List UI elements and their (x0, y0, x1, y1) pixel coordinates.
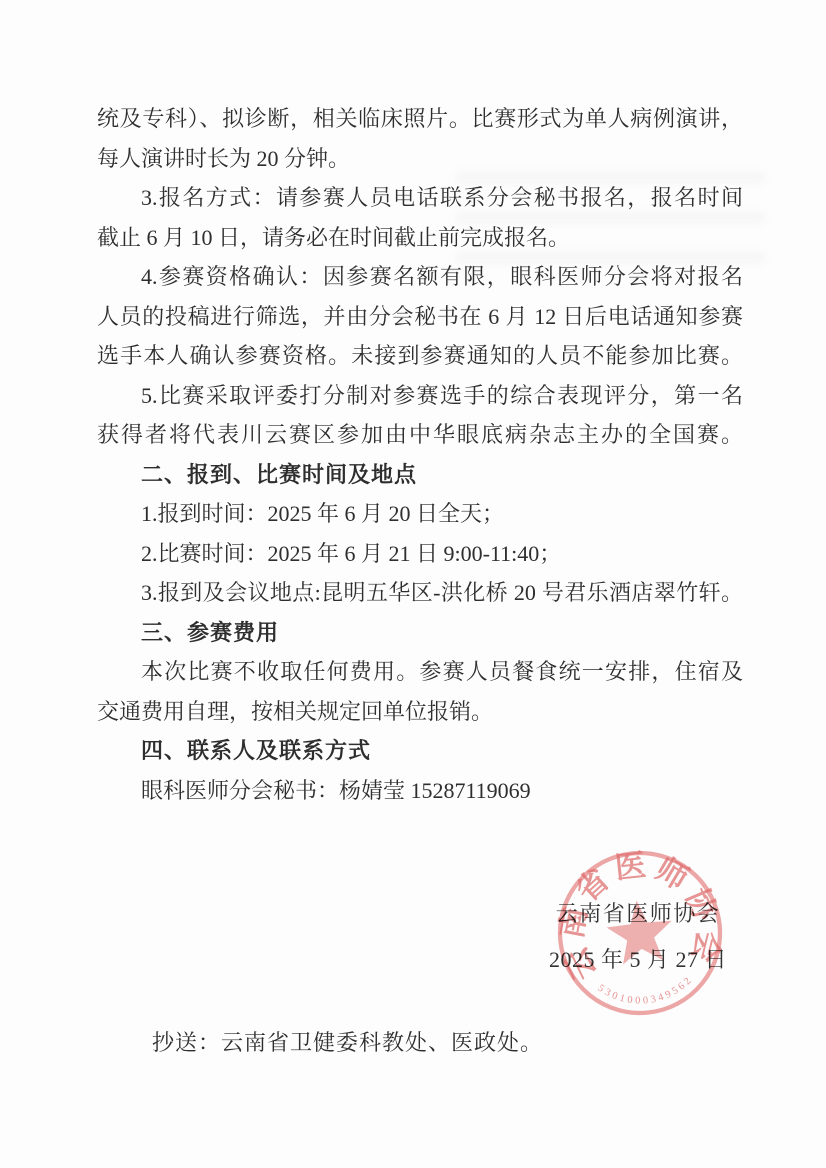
signature-date: 2025 年 5 月 27 日 (533, 937, 743, 983)
signature-block: 云南省医师协会 2025 年 5 月 27 日 (533, 891, 743, 983)
document-line: 3.报名方式：请参赛人员电话联系分会秘书报名，报名时间 (97, 178, 743, 218)
document-line: 人员的投稿进行筛选，并由分会秘书在 6 月 12 日后电话通知参赛 (97, 297, 743, 337)
document-lines: 统及专科）、拟诊断，相关临床照片。比赛形式为单人病例演讲，每人演讲时长为 20 … (97, 99, 743, 810)
document-line: 5.比赛采取评委打分制对参赛选手的综合表现评分，第一名 (97, 376, 743, 416)
document-line: 获得者将代表川云赛区参加由中华眼底病杂志主办的全国赛。 (97, 415, 743, 455)
document-line: 本次比赛不收取任何费用。参赛人员餐食统一安排，住宿及 (97, 652, 743, 692)
document-line: 1.报到时间：2025 年 6 月 20 日全天； (97, 494, 743, 534)
document-line: 2.比赛时间：2025 年 6 月 21 日 9:00-11:40； (97, 534, 743, 574)
document-line: 交通费用自理，按相关规定回单位报销。 (97, 692, 743, 732)
document-line: 截止 6 月 10 日，请务必在时间截止前完成报名。 (97, 218, 743, 258)
scanned-document-page: 统及专科）、拟诊断，相关临床照片。比赛形式为单人病例演讲，每人演讲时长为 20 … (0, 0, 826, 1168)
signature-org-name: 云南省医师协会 (533, 891, 743, 937)
section-heading: 二、报到、比赛时间及地点 (97, 455, 743, 495)
document-line: 统及专科）、拟诊断，相关临床照片。比赛形式为单人病例演讲， (97, 99, 743, 139)
section-heading: 三、参赛费用 (97, 613, 743, 653)
cc-distribution-line: 抄送：云南省卫健委科教处、医政处。 (152, 1028, 543, 1058)
document-line: 眼科医师分会秘书：杨婧莹 15287119069 (97, 771, 743, 811)
document-line: 4.参赛资格确认：因参赛名额有限，眼科医师分会将对报名 (97, 257, 743, 297)
document-line: 选手本人确认参赛资格。未接到参赛通知的人员不能参加比赛。 (97, 336, 743, 376)
document-line: 3.报到及会议地点:昆明五华区-洪化桥 20 号君乐酒店翠竹轩。 (97, 573, 743, 613)
document-line: 每人演讲时长为 20 分钟。 (97, 139, 743, 179)
section-heading: 四、联系人及联系方式 (97, 731, 743, 771)
